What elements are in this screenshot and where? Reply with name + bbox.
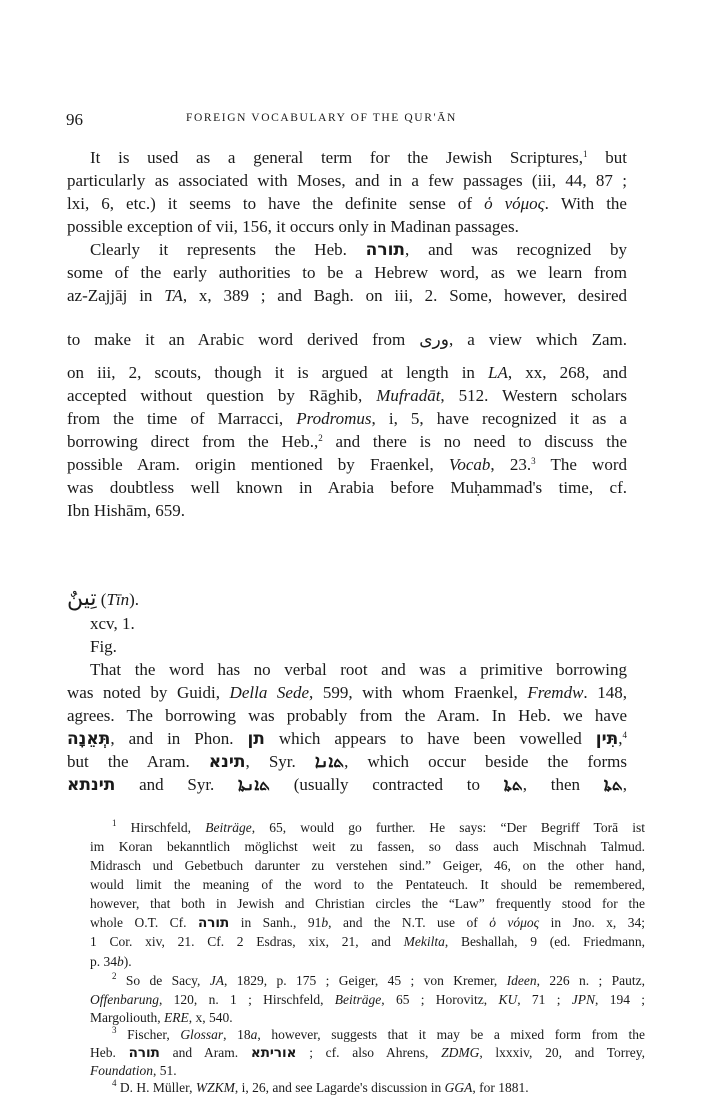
text-line: agrees. The borrowing was probably from …: [67, 706, 627, 726]
text-line: was noted by Guidi, Della Sede, 599, wit…: [67, 683, 627, 703]
footnote-line: would limit the meaning of the word to t…: [90, 875, 645, 895]
text-line: It is used as a general term for the Jew…: [90, 148, 627, 168]
text-line: possible Aram. origin mentioned by Fraen…: [67, 455, 627, 475]
text-line: from the time of Marracci, Prodromus, i,…: [67, 409, 627, 429]
hebrew-word: תְּאֵנָה: [67, 729, 110, 749]
hebrew-word: תינא: [209, 752, 246, 772]
entry-heading: تِينٌ (Tīn).: [67, 586, 139, 611]
footnote-line: im Koran bekanntlich möglichst weit zu f…: [90, 837, 645, 857]
text-line: particularly as associated with Moses, a…: [67, 171, 627, 191]
entry-arabic: تِينٌ: [67, 586, 97, 611]
hebrew-word: תִּין: [596, 729, 618, 749]
footnote-line: Heb. תורה and Aram. אוריתא ; cf. also Ah…: [90, 1043, 645, 1063]
text-line: some of the early authorities to be a He…: [67, 263, 627, 283]
footnote-line: Offenbarung, 120, n. 1 ; Hirschfeld, Bei…: [90, 990, 645, 1010]
text-line: but the Aram. תינא, Syr. ܬܐܢܐ, which occ…: [67, 752, 627, 772]
footnote-line: Midrasch und Gebetbuch darunter zu verst…: [90, 856, 645, 876]
footnote-line: however, that both in Jewish and Christi…: [90, 894, 645, 914]
text-line: on iii, 2, scouts, though it is argued a…: [67, 363, 627, 383]
text-line: תינתא and Syr. ܬܐܢܬܐ (usually contracted…: [67, 775, 627, 795]
entry-reference: xcv, 1.: [90, 614, 627, 634]
text-line: Clearly it represents the Heb. תורה, and…: [90, 240, 627, 260]
text-line: was doubtless well known in Arabia befor…: [67, 478, 627, 498]
text-line: to make it an Arabic word derived from و…: [67, 330, 627, 350]
syriac-word: ܬܬܐ: [504, 775, 523, 795]
book-page: 96 FOREIGN VOCABULARY OF THE QUR'ĀN It i…: [0, 0, 701, 1104]
footnote-line: p. 34b).: [90, 952, 645, 972]
text-line: az-Zajjāj in TA, x, 389 ; and Bagh. on i…: [67, 286, 627, 306]
text-line: lxi, 6, etc.) it seems to have the defin…: [67, 194, 627, 214]
footnote-ref-4[interactable]: 4: [623, 730, 628, 740]
hebrew-word: תן: [247, 729, 264, 749]
syriac-word: ܬܐܢܐ: [315, 752, 344, 772]
syriac-word: ܬܐܢܬܐ: [238, 775, 270, 795]
text-line: possible exception of vii, 156, it occur…: [67, 217, 627, 237]
footnote-3: 3 Fischer, Glossar, 18a, however, sugges…: [112, 1025, 645, 1045]
hebrew-word: תורה: [366, 240, 405, 260]
footnote-2: 2 So de Sacy, JA, 1829, p. 175 ; Geiger,…: [112, 971, 645, 991]
running-title: FOREIGN VOCABULARY OF THE QUR'ĀN: [186, 112, 457, 124]
text-line: תְּאֵנָה, and in Phon. תן which appears …: [67, 729, 627, 749]
page-number: 96: [66, 110, 83, 130]
text-line: accepted without question by Rāghib, Muf…: [67, 386, 627, 406]
syriac-word: ܬܬܐ: [604, 775, 623, 795]
entry-gloss: Fig.: [90, 637, 627, 657]
footnote-1: 1 Hirschfeld, Beiträge, 65, would go fur…: [112, 818, 645, 838]
text-line: Ibn Hishām, 659.: [67, 501, 627, 521]
arabic-word: ورى: [419, 330, 449, 350]
text-line: That the word has no verbal root and was…: [90, 660, 627, 680]
entry-transliteration: Tīn: [106, 590, 129, 609]
footnote-line: 1 Cor. xiv, 21. Cf. 2 Esdras, xix, 21, a…: [90, 932, 645, 952]
text-line: borrowing direct from the Heb.,2 and the…: [67, 432, 627, 452]
footnote-line: whole O.T. Cf. תורה in Sanh., 91b, and t…: [90, 913, 645, 933]
hebrew-word: תינתא: [67, 775, 115, 795]
greek-phrase: ὁ νόμος: [484, 194, 545, 213]
footnote-4: 4 D. H. Müller, WZKM, i, 26, and see Lag…: [112, 1078, 645, 1098]
running-head: 96 FOREIGN VOCABULARY OF THE QUR'ĀN: [66, 110, 626, 134]
